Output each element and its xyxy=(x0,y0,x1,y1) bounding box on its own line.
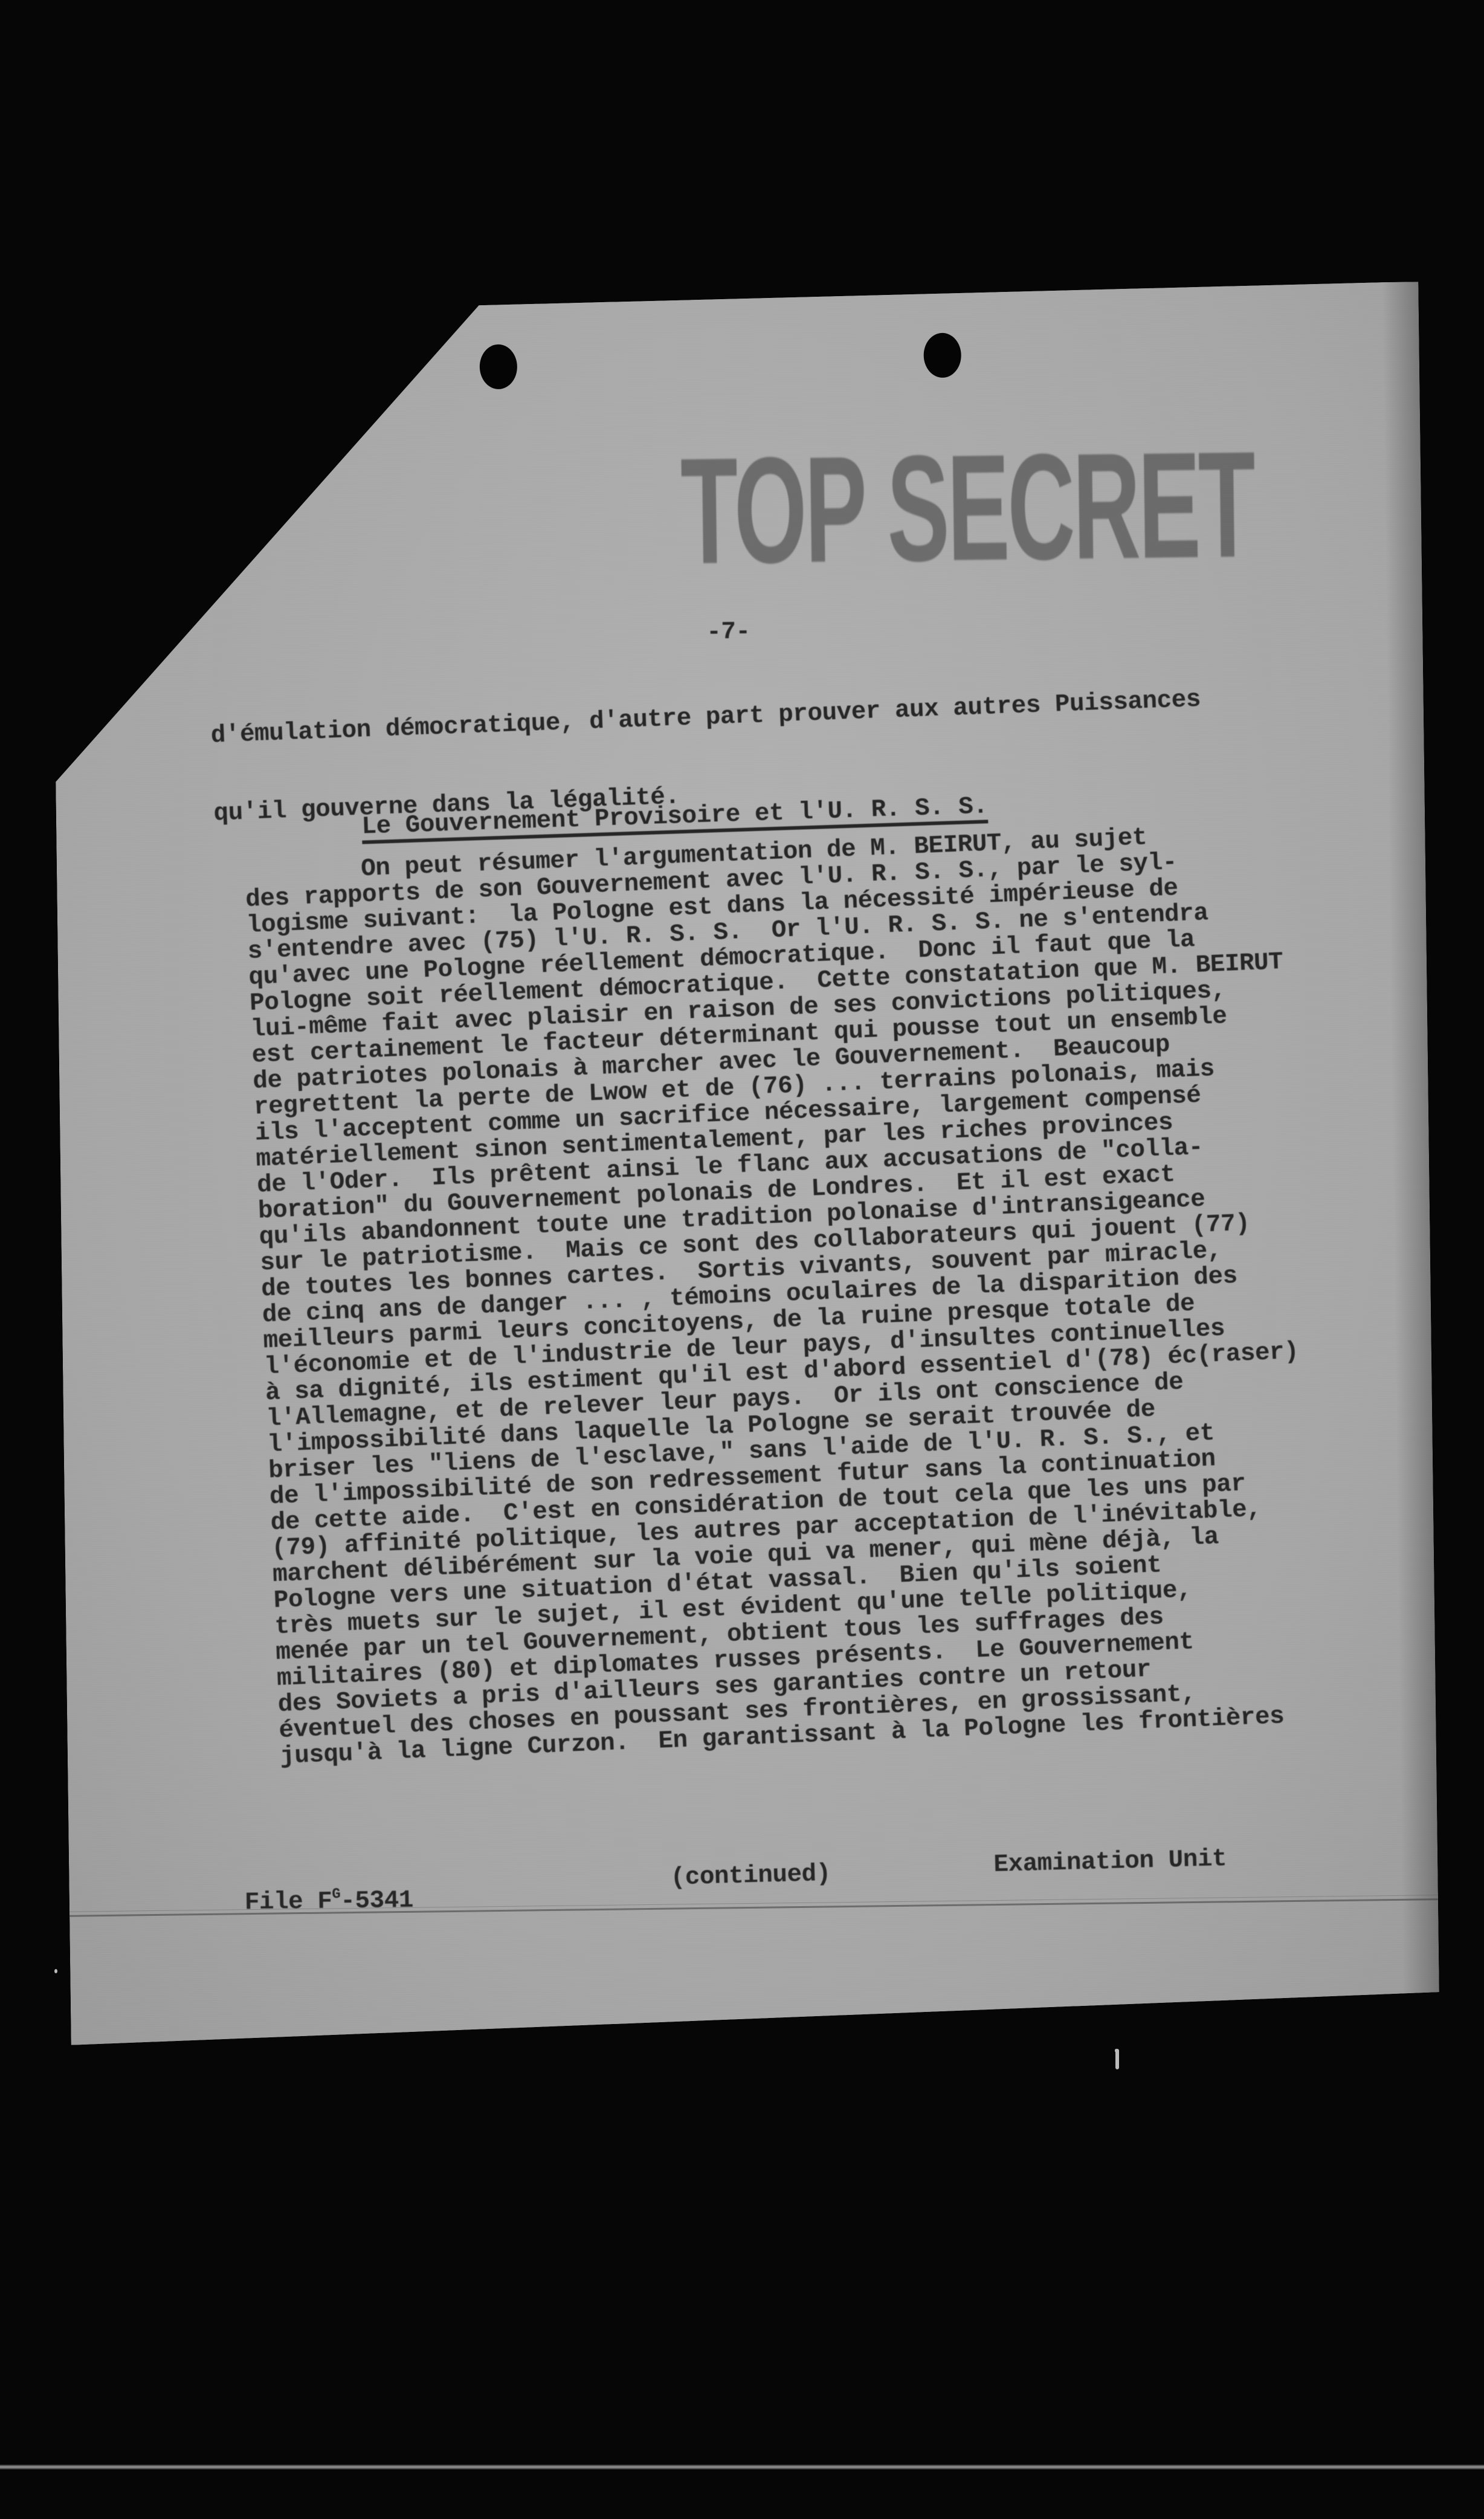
punch-hole-left xyxy=(479,344,517,390)
file-reference: File FG-5341 xyxy=(244,1881,413,1916)
body-paragraph: On peut résumer l'argumentation de M. BE… xyxy=(244,820,1314,1770)
file-number: -5341 xyxy=(340,1887,413,1915)
file-superscript: G xyxy=(332,1886,340,1903)
dust-speck xyxy=(54,1969,57,1973)
film-strip-edge xyxy=(0,2465,1484,2469)
page-number: -7- xyxy=(706,619,750,646)
microfilm-frame: TOP SECRET -7- d'émulation démocratique,… xyxy=(0,0,1484,2519)
continued-note: (continued) xyxy=(670,1861,831,1892)
examination-unit-label: Examination Unit xyxy=(993,1846,1227,1878)
film-scratch xyxy=(1115,2049,1119,2069)
intro-line: d'émulation démocratique, d'autre part p… xyxy=(210,687,1201,749)
punch-hole-right xyxy=(923,333,961,378)
top-secret-stamp: TOP SECRET xyxy=(680,429,1254,587)
file-label: File F xyxy=(245,1887,332,1916)
page-edge-shadow xyxy=(1382,282,1439,2029)
document-page: TOP SECRET -7- d'émulation démocratique,… xyxy=(50,282,1439,2045)
